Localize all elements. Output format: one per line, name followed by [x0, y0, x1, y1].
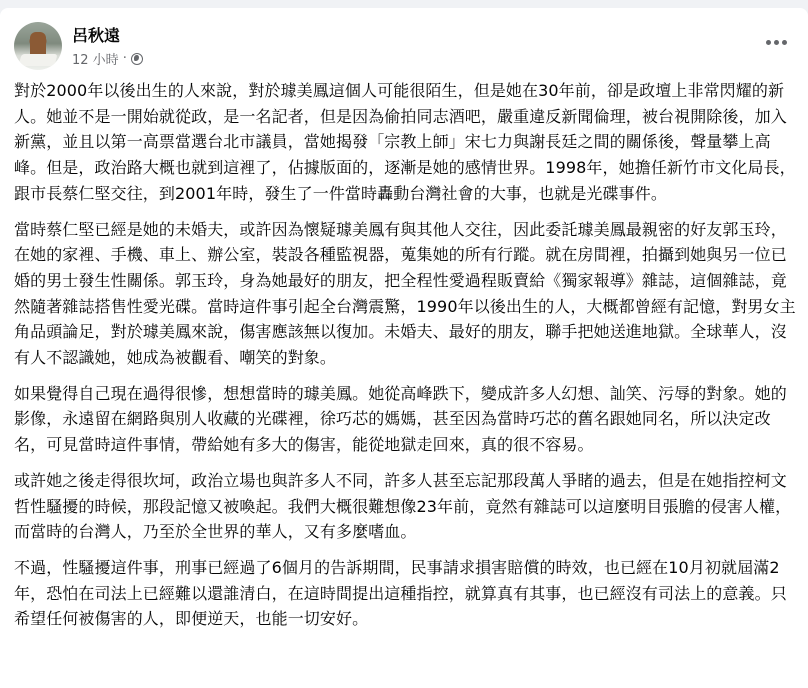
post-paragraph: 當時蔡仁堅已經是她的未婚夫，或許因為懷疑璩美鳳有與其他人交往，因此委託璩美鳳最親… [14, 217, 796, 371]
author-avatar[interactable] [14, 22, 62, 70]
meta-separator: · [123, 51, 127, 66]
avatar-base-shape [18, 54, 57, 66]
post-paragraph: 對於2000年以後出生的人來說，對於璩美鳳這個人可能很陌生，但是她在30年前，卻… [14, 78, 796, 207]
post-meta: 12 小時 · [72, 49, 143, 68]
globe-icon[interactable] [131, 53, 143, 65]
more-options-button[interactable] [758, 32, 794, 52]
post-header: 呂秋遠 12 小時 · [14, 22, 794, 70]
post-timestamp[interactable]: 12 小時 [72, 49, 119, 68]
post-paragraph: 或許她之後走得很坎坷，政治立場也與許多人不同，許多人甚至忘記那段萬人爭睹的過去，… [14, 468, 796, 545]
post-paragraph: 不過，性騷擾這件事，刑事已經過了6個月的告訴期間，民事請求損害賠償的時效，也已經… [14, 555, 796, 632]
post-card: 呂秋遠 12 小時 · 對於2000年以後出生的人來說，對於璩美鳳這個人可能很陌… [0, 8, 808, 667]
more-horizontal-icon [782, 40, 787, 45]
author-name[interactable]: 呂秋遠 [72, 23, 120, 46]
more-horizontal-icon [766, 40, 771, 45]
post-body: 對於2000年以後出生的人來說，對於璩美鳳這個人可能很陌生，但是她在30年前，卻… [14, 78, 796, 642]
post-paragraph: 如果覺得自己現在過得很慘，想想當時的璩美鳳。她從高峰跌下，變成許多人幻想、訕笑、… [14, 381, 796, 458]
more-horizontal-icon [774, 40, 779, 45]
